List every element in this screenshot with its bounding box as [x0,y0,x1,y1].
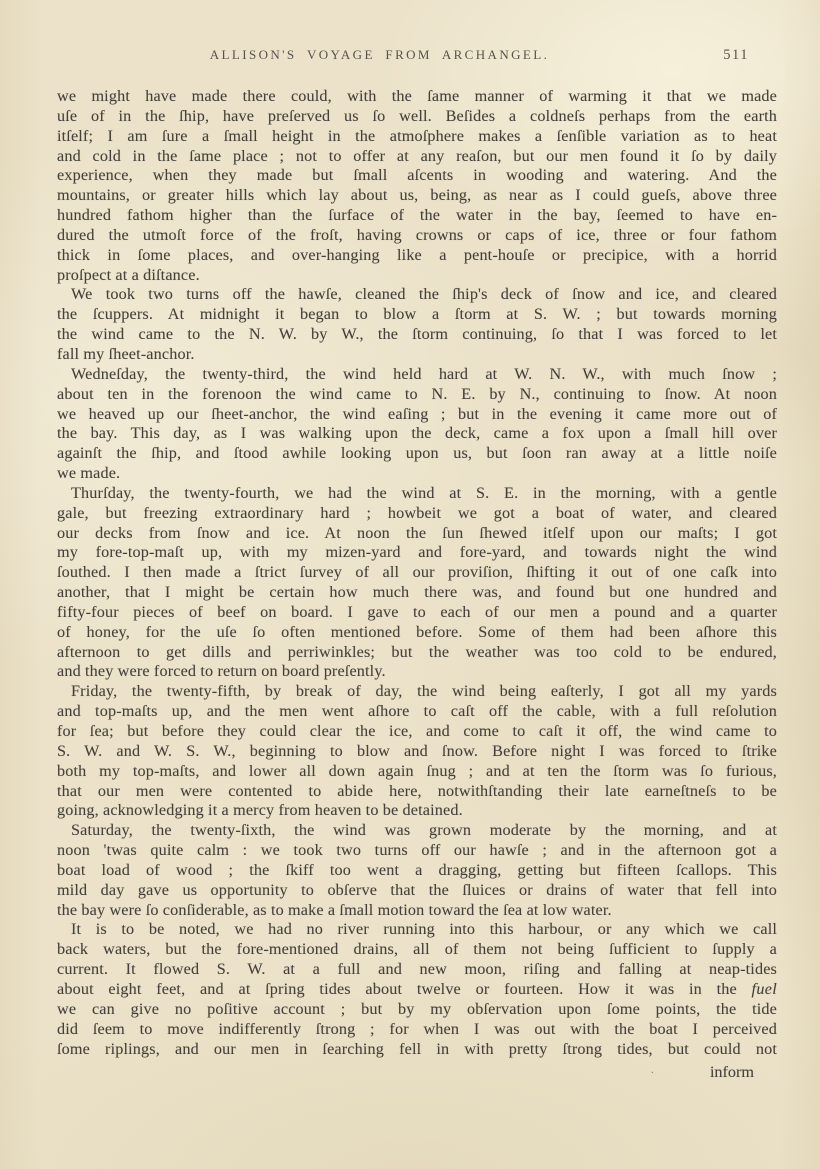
paragraph: Friday, the twenty-fifth, by break of da… [57,682,777,821]
text-line: Friday, the twenty-fifth, by break of da… [57,682,777,702]
text-line: we heaved up our ſheet-anchor, the wind … [57,405,777,425]
ink-speck: · [651,1068,654,1079]
text-line: Saturday, the twenty-ſixth, the wind was… [57,821,777,841]
text-line: gale, but freezing extraordinary hard ; … [57,504,777,524]
text-line: mild day gave us opportunity to obſerve … [57,881,777,901]
text-line: that our men were contented to abide her… [57,782,777,802]
paragraph: we might have made there could, with the… [57,87,777,285]
text-line: S. W. and W. S. W., beginning to blow an… [57,742,777,762]
text-line: both my top-maſts, and lower all down ag… [57,762,777,782]
text-line: noon 'twas quite calm : we took two turn… [57,841,777,861]
text-line: we made. [57,464,777,484]
text-line: our decks from ſnow and ice. At noon the… [57,524,777,544]
italic-word: fuel [752,980,777,998]
text-line: we can give no poſitive account ; but by… [57,1000,777,1020]
text-line: uſe of in the ſhip, have preſerved us ſo… [57,107,777,127]
text-line: fifty-four pieces of beef on board. I ga… [57,603,777,623]
text-line: and top-maſts up, and the men went aſhor… [57,702,777,722]
text-line: mountains, or greater hills which lay ab… [57,186,777,206]
running-header: ALLISON'S VOYAGE FROM ARCHANGEL. 511 [57,47,777,67]
text-line: the bay were ſo conſiderable, as to make… [57,901,777,921]
text-line: about ten in the forenoon the wind came … [57,385,777,405]
text-line: fall my ſheet-anchor. [57,345,777,365]
text-line: againſt the ſhip, and ſtood awhile looki… [57,444,777,464]
text-line: dured the utmoſt force of the froſt, hav… [57,226,777,246]
catchword: inform [710,1063,754,1081]
text-line: going, acknowledging it a mercy from hea… [57,801,777,821]
text-line: the ſcuppers. At midnight it began to bl… [57,305,777,325]
text-line: another, that I might be certain how muc… [57,583,777,603]
text-line: and cold in the ſame place ; not to offe… [57,147,777,167]
text-line: boat load of wood ; the ſkiff too went a… [57,861,777,881]
text-line: for ſea; but before they could clear the… [57,722,777,742]
text-line: the bay. This day, as I was walking upon… [57,424,777,444]
book-page: ALLISON'S VOYAGE FROM ARCHANGEL. 511 we … [0,0,820,1169]
paragraph: It is to be noted, we had no river runni… [57,920,777,1059]
text-line: Wedneſday, the twenty-third, the wind he… [57,365,777,385]
text-line: we might have made there could, with the… [57,87,777,107]
paragraph: Thurſday, the twenty-fourth, we had the … [57,484,777,682]
text-line: about eight feet, and at ſpring tides ab… [57,980,777,1000]
text-line: We took two turns off the hawſe, cleaned… [57,285,777,305]
text-line: the wind came to the N. W. by W., the ſt… [57,325,777,345]
paragraph: Wedneſday, the twenty-third, the wind he… [57,365,777,484]
text-line: of honey, for the uſe ſo often mentioned… [57,623,777,643]
paragraph: We took two turns off the hawſe, cleaned… [57,285,777,364]
page-body: we might have made there could, with the… [57,87,777,1059]
text-line: ſome riplings, and our men in ſearching … [57,1040,777,1060]
text-line: afternoon to get dills and perriwinkles;… [57,643,777,663]
paragraph: Saturday, the twenty-ſixth, the wind was… [57,821,777,920]
text-line: my fore-top-maſt up, with my mizen-yard … [57,543,777,563]
text-line: Thurſday, the twenty-fourth, we had the … [57,484,777,504]
page-number: 511 [723,47,749,64]
text-line: and they were forced to return on board … [57,662,777,682]
text-line: back waters, but the fore-mentioned drai… [57,940,777,960]
text-line: did ſeem to move indifferently ſtrong ; … [57,1020,777,1040]
text-line: ſouthed. I then made a ſtrict ſurvey of … [57,563,777,583]
text-line: thick in ſome places, and over-hanging l… [57,246,777,266]
text-line: proſpect at a diſtance. [57,266,777,286]
running-header-title: ALLISON'S VOYAGE FROM ARCHANGEL. [57,47,702,63]
text-line: It is to be noted, we had no river runni… [57,920,777,940]
text-line: experience, when they made but ſmall aſc… [57,166,777,186]
text-line: itſelf; I am ſure a ſmall height in the … [57,127,777,147]
text-line: hundred fathom higher than the ſurface o… [57,206,777,226]
catchword-row: ·inform [651,1063,754,1082]
text-line: current. It flowed S. W. at a full and n… [57,960,777,980]
